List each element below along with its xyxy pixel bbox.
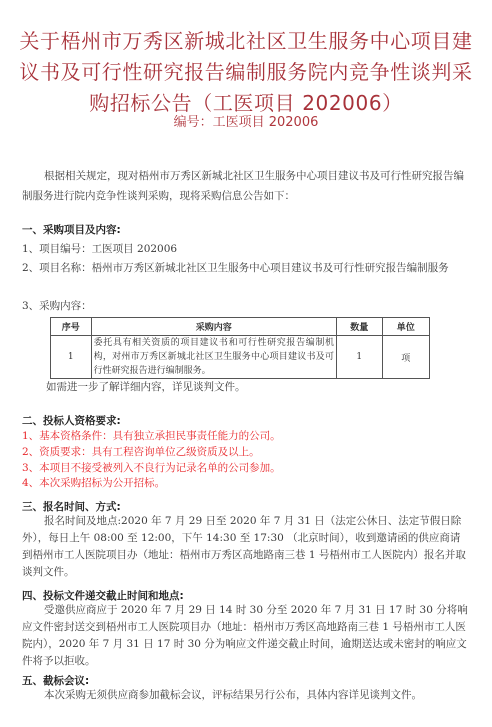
section2-heading: 二、投标人资格要求: xyxy=(22,413,121,429)
cell-no: 1 xyxy=(51,336,92,379)
section1-item-project-name: 2、项目名称：梧州市万秀区新城北社区卫生服务中心项目建议书及可行性研究报告编制服… xyxy=(22,259,470,278)
section1-note: 如需进一步了解详细内容，详见谈判文件。 xyxy=(46,378,492,397)
intro-paragraph: 根据相关规定，现对梧州市万秀区新城北社区卫生服务中心项目建议书及可行性研究报告编… xyxy=(22,166,470,206)
section1-item-procurement-content: 3、采购内容： xyxy=(22,297,470,316)
cell-qty: 1 xyxy=(337,336,382,379)
section1-heading: 一、采购项目及内容: xyxy=(22,222,121,238)
header-unit: 单位 xyxy=(382,318,430,336)
procurement-table: 序号 采购内容 数量 单位 1 委托具有相关资质的项目建议书和可行性研究报告编制… xyxy=(50,317,430,379)
document-title: 关于梧州市万秀区新城北社区卫生服务中心项目建 议书及可行性研究报告编制服务院内竞… xyxy=(18,26,474,119)
cell-content: 委托具有相关资质的项目建议书和可行性研究报告编制机构，对州市万秀区新城北社区卫生… xyxy=(91,336,336,379)
header-content: 采购内容 xyxy=(91,318,336,336)
document-page: 关于梧州市万秀区新城北社区卫生服务中心项目建 议书及可行性研究报告编制服务院内竞… xyxy=(0,0,492,727)
requirement-item: 4、本次采购招标为公开招标。 xyxy=(22,476,470,491)
table-row: 1 委托具有相关资质的项目建议书和可行性研究报告编制机构，对州市万秀区新城北社区… xyxy=(51,336,430,379)
requirement-item: 2、资质要求：具有工程咨询单位乙级资质及以上。 xyxy=(22,445,470,460)
header-qty: 数量 xyxy=(337,318,382,336)
title-line: 关于梧州市万秀区新城北社区卫生服务中心项目建 xyxy=(18,26,474,57)
cell-unit: 项 xyxy=(382,336,430,379)
section1-item-project-number: 1、项目编号：工医项目 202006 xyxy=(22,240,470,259)
requirement-item: 3、本项目不接受被列入不良行为记录名单的公司参加。 xyxy=(22,461,470,476)
section3-body: 报名时间及地点:2020 年 7 月 29 日至 2020 年 7 月 31 日… xyxy=(22,513,470,581)
section5-body: 本次采购无须供应商参加截标会议，评标结果另行公布，具体内容详见谈判文件。 xyxy=(22,687,470,704)
requirement-item: 1、基本资格条件：具有独立承担民事责任能力的公司。 xyxy=(22,429,470,444)
table-header-row: 序号 采购内容 数量 单位 xyxy=(51,318,430,336)
document-number: 编号：工医项目 202006 xyxy=(0,114,492,132)
header-no: 序号 xyxy=(51,318,92,336)
section4-body: 受邀供应商应于 2020 年 7 月 29 日 14 时 30 分至 2020 … xyxy=(22,602,470,670)
title-line: 议书及可行性研究报告编制服务院内竞争性谈判采 xyxy=(18,57,474,88)
